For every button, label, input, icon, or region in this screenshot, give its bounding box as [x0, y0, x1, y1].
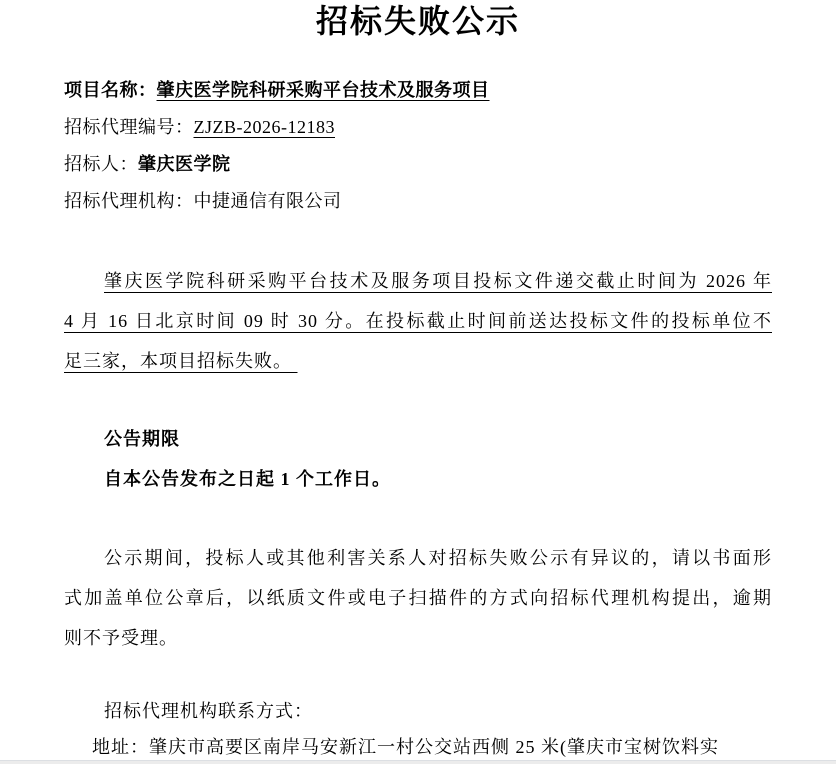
- document-title: 招标失败公示: [0, 0, 836, 42]
- objection-paragraph: 公示期间，投标人或其他利害关系人对招标失败公示有异议的，请以书面形 式加盖单位公…: [64, 538, 772, 658]
- objection-paragraph-line-3: 则不予受理。: [64, 618, 772, 658]
- bid-failure-announcement-document: 招标失败公示 项目名称：肇庆医学院科研采购平台技术及服务项目 招标代理编号：ZJ…: [0, 0, 836, 764]
- announcement-period-section: 公告期限 自本公告发布之日起 1 个工作日。: [64, 419, 772, 499]
- project-info-block: 项目名称：肇庆医学院科研采购平台技术及服务项目 招标代理编号：ZJZB-2026…: [64, 72, 772, 220]
- announcement-period-body: 自本公告发布之日起 1 个工作日。: [64, 459, 772, 499]
- project-name-value: 肇庆医学院科研采购平台技术及服务项目: [157, 80, 490, 100]
- agency-line: 招标代理机构：中捷通信有限公司: [64, 183, 772, 220]
- agency-value: 中捷通信有限公司: [194, 191, 342, 211]
- agency-label: 招标代理机构：: [64, 191, 194, 211]
- failure-paragraph: 肇庆医学院科研采购平台技术及服务项目投标文件递交截止时间为 2026 年 4 月…: [64, 261, 772, 381]
- failure-paragraph-line-2: 4 月 16 日北京时间 09 时 30 分。在投标截止时间前送达投标文件的投标…: [64, 301, 772, 341]
- tenderee-line: 招标人：肇庆医学院: [64, 146, 772, 183]
- contact-heading: 招标代理机构联系方式：: [64, 693, 772, 729]
- failure-paragraph-line-3: 足三家，本项目招标失败。: [64, 341, 772, 381]
- agency-code-line: 招标代理编号：ZJZB-2026-12183: [64, 109, 772, 146]
- tenderee-label: 招标人：: [64, 154, 138, 174]
- failure-paragraph-line-1: 肇庆医学院科研采购平台技术及服务项目投标文件递交截止时间为 2026 年: [64, 261, 772, 301]
- objection-paragraph-line-1: 公示期间，投标人或其他利害关系人对招标失败公示有异议的，请以书面形: [64, 538, 772, 578]
- bottom-edge-strip: [0, 760, 836, 764]
- contact-address-line: 地址：肇庆市高要区南岸马安新江一村公交站西侧 25 米(肇庆市宝树饮料实: [64, 729, 772, 764]
- tenderee-value: 肇庆医学院: [138, 154, 231, 174]
- objection-paragraph-line-2: 式加盖单位公章后，以纸质文件或电子扫描件的方式向招标代理机构提出，逾期: [64, 578, 772, 618]
- document-body: 项目名称：肇庆医学院科研采购平台技术及服务项目 招标代理编号：ZJZB-2026…: [64, 72, 772, 764]
- announcement-period-heading: 公告期限: [64, 419, 772, 459]
- project-name-label: 项目名称：: [64, 80, 157, 100]
- project-name-line: 项目名称：肇庆医学院科研采购平台技术及服务项目: [64, 72, 772, 109]
- contact-section: 招标代理机构联系方式： 地址：肇庆市高要区南岸马安新江一村公交站西侧 25 米(…: [64, 693, 772, 764]
- agency-code-value: ZJZB-2026-12183: [194, 117, 336, 137]
- agency-code-label: 招标代理编号：: [64, 117, 194, 137]
